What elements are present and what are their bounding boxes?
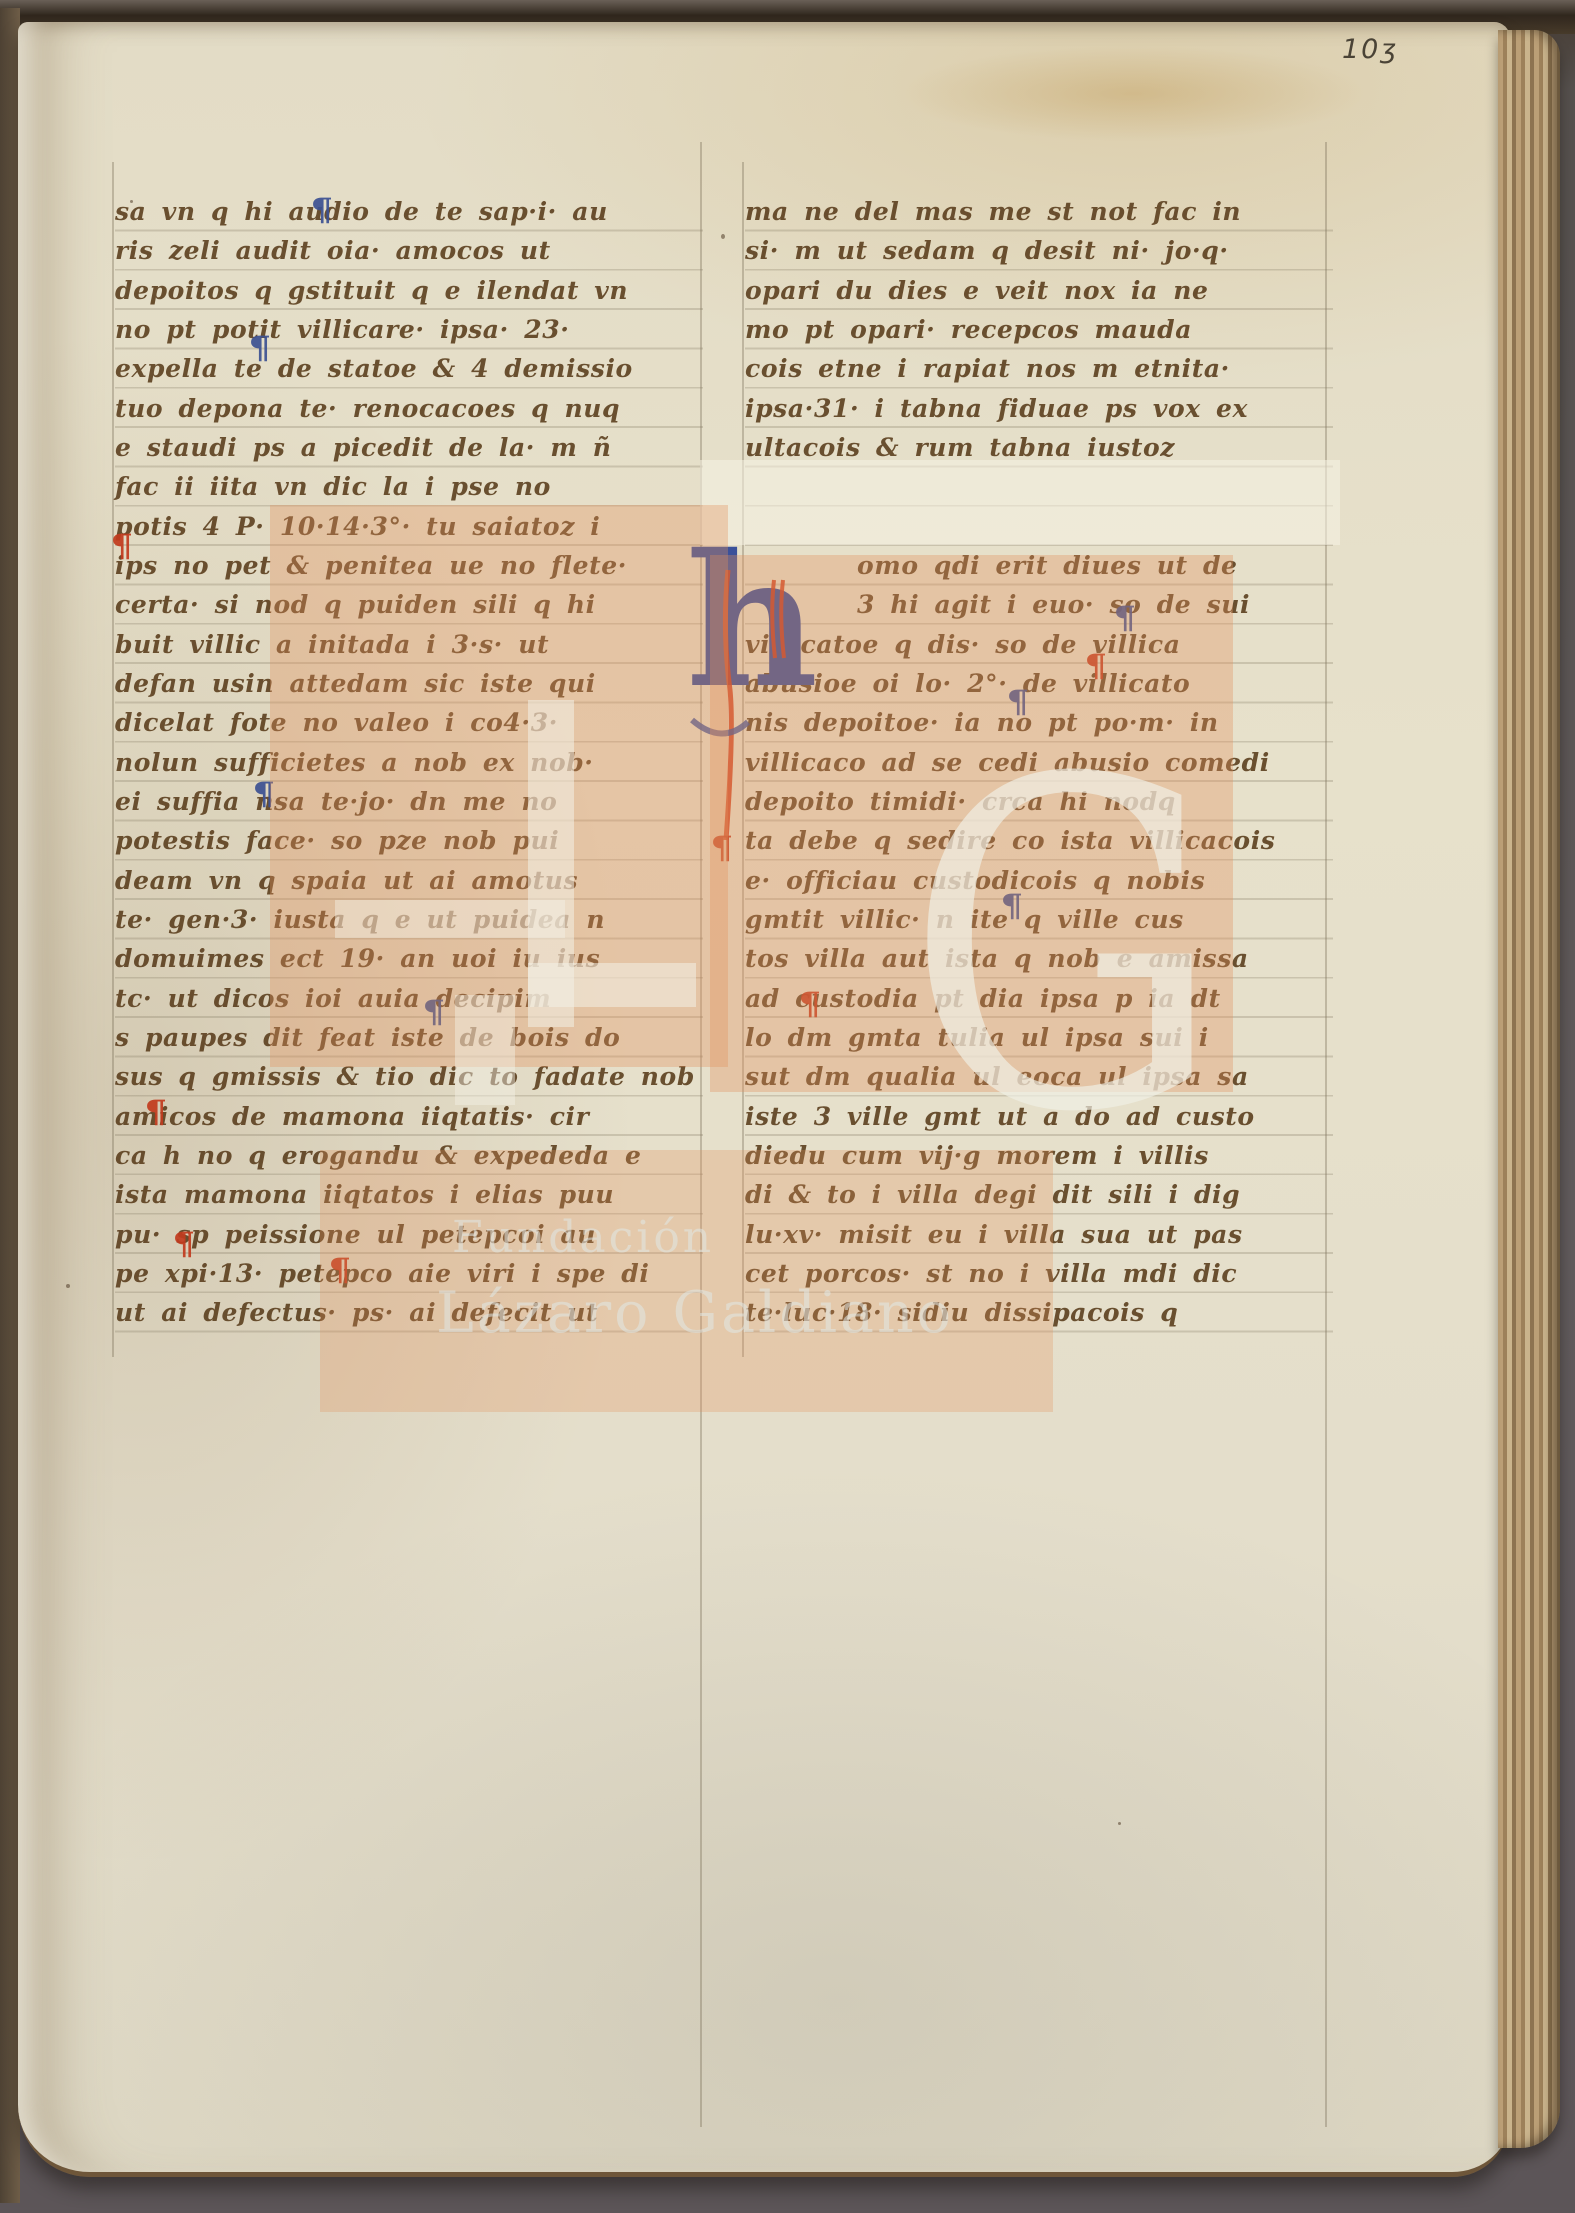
text-line: potis 4 P· 10·14·3°· tu saiatoz i: [115, 507, 703, 546]
text-line: si· m ut sedam q desit ni· jo·q·: [745, 231, 1333, 270]
text-line: diedu cum vij·g morem i villis: [745, 1136, 1333, 1175]
text-line: expella te de statoe & 4 demissio: [115, 349, 703, 388]
text-line: ipsa·31· i tabna fiduae ps vox ex: [745, 389, 1333, 428]
ruling-line: [112, 162, 114, 1357]
text-line: ca h no q erogandu & expededa e: [115, 1136, 703, 1175]
text-line: tos villa aut ista q nob e amissa: [745, 939, 1333, 978]
blue-paraph-icon: ¶: [311, 192, 334, 228]
red-paraph-icon: ¶: [173, 1226, 196, 1262]
manuscript-page: 10ʒ sa vn q hi audio de te sap·i· au ris…: [18, 22, 1510, 2177]
blue-paraph-icon: ¶: [253, 776, 276, 812]
text-line: buit villic a initada i 3·s· ut: [115, 625, 703, 664]
ink-speck: [1118, 1822, 1121, 1825]
text-line: ad custodia pt dia ipsa p ia dt: [745, 979, 1333, 1018]
text-line: sus q gmissis & tio dic to fadate nob: [115, 1057, 703, 1096]
text-line: ista mamona iiqtatos i elias puu: [115, 1175, 703, 1214]
text-line: e· officiau custodicois q nobis: [745, 861, 1333, 900]
text-line: lu·xv· misit eu i villa sua ut pas: [745, 1215, 1333, 1254]
text-line: ultacois & rum tabna iustoz: [745, 428, 1333, 467]
text-line: pu· sp peissione ul petepcoi au: [115, 1215, 703, 1254]
text-line: tuo depona te· renocacoes q nuq: [115, 389, 703, 428]
manuscript-photo: 10ʒ sa vn q hi audio de te sap·i· au ris…: [0, 0, 1575, 2213]
text-line: certa· si nod q puiden sili q hi: [115, 585, 703, 624]
initial-penwork-flourish-icon: [682, 550, 852, 850]
text-line: amicos de mamona iiqtatis· cir: [115, 1097, 703, 1136]
red-paraph-icon: ¶: [1085, 648, 1108, 684]
parchment-stain: [898, 46, 1368, 141]
text-line: sut dm qualia ul eoca ul ipsa sa: [745, 1057, 1333, 1096]
folio-number: 10ʒ: [1342, 34, 1398, 65]
text-line: defan usin attedam sic iste qui: [115, 664, 703, 703]
text-line: mo pt opari· recepcos mauda: [745, 310, 1333, 349]
ink-speck: [66, 1284, 70, 1288]
text-column-left: sa vn q hi audio de te sap·i· au ris zel…: [115, 192, 703, 1347]
text-line: ips no pet & penitea ue no flete·: [115, 546, 703, 585]
text-line: deam vn q spaia ut ai amotus: [115, 861, 703, 900]
red-paraph-icon: ¶: [799, 986, 822, 1022]
text-line: s paupes dit feat iste de bois do: [115, 1018, 703, 1057]
red-paraph-icon: ¶: [711, 830, 734, 866]
text-line: dicelat fote no valeo i co4·3·: [115, 703, 703, 742]
text-line: cet porcos· st no i villa mdi dic: [745, 1254, 1333, 1293]
text-line: cois etne i rapiat nos m etnita·: [745, 349, 1333, 388]
text-line: sa vn q hi audio de te sap·i· au: [115, 192, 703, 231]
text-line: [745, 467, 1333, 506]
text-line: e staudi ps a picedit de la· m ñ: [115, 428, 703, 467]
text-line: te· gen·3· iusta q e ut puidea n: [115, 900, 703, 939]
text-line: iste 3 ville gmt ut a do ad custo: [745, 1097, 1333, 1136]
text-line: domuimes ect 19· an uoi iu ius: [115, 939, 703, 978]
text-line: di & to i villa degi dit sili i dig: [745, 1175, 1333, 1214]
red-paraph-icon: ¶: [329, 1252, 352, 1288]
text-line: fac ii iita vn dic la i pse no: [115, 467, 703, 506]
text-line: ris zeli audit oia· amocos ut: [115, 231, 703, 270]
text-line: nolun sufficietes a nob ex nob·: [115, 743, 703, 782]
ink-speck: [721, 234, 725, 239]
page-edge-stripes: [1498, 30, 1560, 2148]
text-line: no pt potit villicare· ipsa· 23·: [115, 310, 703, 349]
text-line: lo dm gmta tulia ul ipsa sui i: [745, 1018, 1333, 1057]
text-line: depoitos q gstituit q e ilendat vn: [115, 271, 703, 310]
binding-gutter: [0, 8, 20, 2203]
red-paraph-icon: ¶: [111, 528, 134, 564]
text-line: ma ne del mas me st not fac in: [745, 192, 1333, 231]
blue-paraph-icon: ¶: [1007, 684, 1030, 720]
text-line: opari du dies e veit nox ia ne: [745, 271, 1333, 310]
text-line: potestis face· so pze nob pui: [115, 821, 703, 860]
text-line: tc· ut dicos ioi auia decipim: [115, 979, 703, 1018]
blue-paraph-icon: ¶: [423, 994, 446, 1030]
blue-paraph-icon: ¶: [249, 330, 272, 366]
text-line: te·luc·18· sidiu dissipacois q: [745, 1293, 1333, 1332]
text-line: [745, 507, 1333, 546]
blue-paraph-icon: ¶: [1114, 600, 1137, 636]
text-line: gmtit villic· n ite q ville cus: [745, 900, 1333, 939]
text-line: ei suffia nsa te·jo· dn me no: [115, 782, 703, 821]
text-line: pe xpi·13· petepco aie viri i spe di: [115, 1254, 703, 1293]
blue-paraph-icon: ¶: [1001, 888, 1024, 924]
red-paraph-icon: ¶: [145, 1094, 168, 1130]
text-line: ut ai defectus· ps· ai defecit ut: [115, 1293, 703, 1332]
